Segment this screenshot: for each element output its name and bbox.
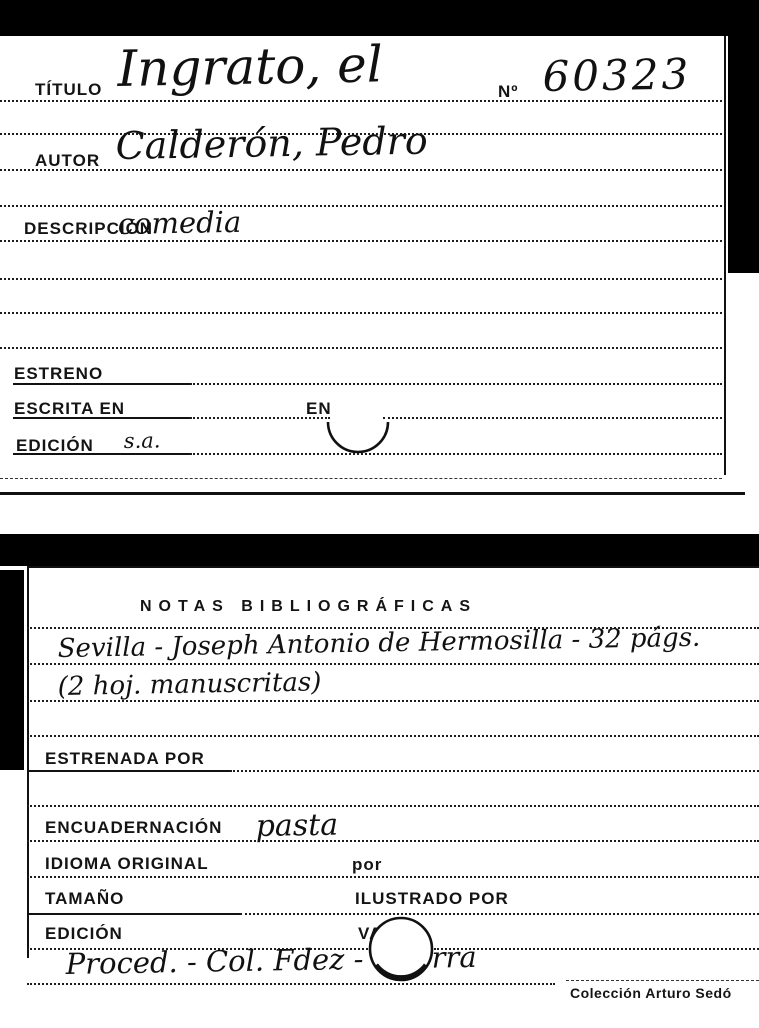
bottom-card-left-border [27,566,29,958]
ruled-line [0,312,722,314]
bottom-card-top-border [27,566,759,568]
hole-punch-arc [325,412,391,454]
ruled-line [0,478,722,479]
hole-punch-circle [366,913,438,985]
catalog-card-scan: TÍTULO Nº AUTOR DESCRIPCIÓN ESTRENO ESCR… [0,0,759,1028]
encuadernacion-value-handwriting: pasta [255,808,338,844]
ruled-line [27,983,555,985]
ilustrado-por-label: ILUSTRADO POR [355,889,509,909]
ruled-line [240,913,759,915]
ruled-line [0,347,722,349]
edicion-value-handwriting: s.a. [124,428,161,453]
ruled-line [0,205,722,207]
numero-label: Nº [498,82,519,102]
ruled-line [230,770,759,772]
idioma-original-label: IDIOMA ORIGINAL [45,854,209,874]
ruled-line [190,383,722,385]
scan-noise-left-edge [0,570,24,770]
scan-noise-band-top [0,0,759,36]
ruled-line [27,770,230,772]
ruled-line [27,840,759,842]
ruled-line [0,278,722,280]
descripcion-value-handwriting: comedia [117,205,241,241]
coleccion-arturo-sedo-imprint: Colección Arturo Sedó [570,985,732,1001]
tamano-label: TAMAÑO [45,889,124,909]
estrenada-por-label: ESTRENADA POR [45,749,205,769]
ruled-line [566,980,759,981]
scan-noise-band-middle [0,534,759,566]
ruled-line [434,948,759,950]
edicion-bottom-label: EDICIÓN [45,924,123,944]
top-card-bottom-border [0,492,745,495]
ruled-line [27,663,759,665]
notas-bibliograficas-header: NOTAS BIBLIOGRÁFICAS [140,598,470,616]
ruled-line [27,876,759,878]
estreno-label: ESTRENO [14,364,103,384]
ruled-line [190,453,722,455]
notas-line2-handwriting: (2 hoj. manuscritas) [57,667,321,702]
ruled-line [0,240,722,242]
titulo-label: TÍTULO [35,80,102,100]
encuadernacion-label: ENCUADERNACIÓN [45,818,222,838]
ruled-line [0,169,722,171]
ruled-line [27,735,759,737]
ruled-line [383,417,722,419]
autor-label: AUTOR [35,151,100,171]
autor-value-handwriting: Calderón, Pedro [115,119,428,168]
top-card-right-border [724,33,726,475]
ruled-line [27,913,240,915]
ruled-line [27,805,759,807]
edicion-label: EDICIÓN [16,436,94,456]
por-label: por [352,855,382,875]
titulo-value-handwriting: Ingrato, el [117,35,383,98]
ruled-line [0,100,722,102]
scan-noise-right-edge [728,33,759,273]
escrita-en-label: ESCRITA EN [14,399,125,419]
numero-value-handwriting: 60323 [542,49,691,101]
